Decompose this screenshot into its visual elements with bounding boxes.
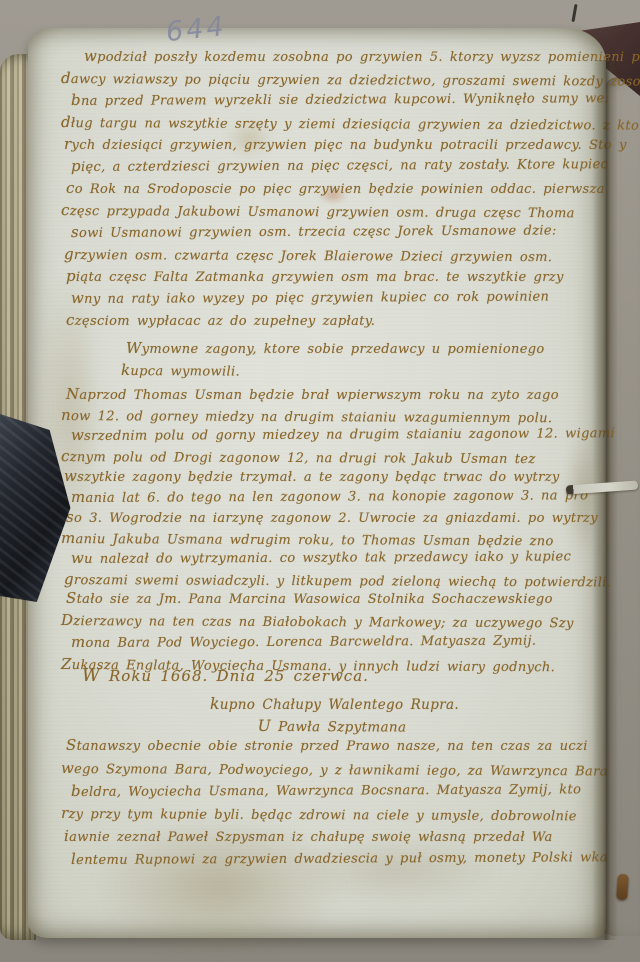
manuscript-line: wu nalezał do wytrzymania. co wszytko ta… (71, 546, 603, 569)
manuscript-line: sowi Usmanowi grzywien osm. trzecia częs… (71, 219, 603, 244)
gutter-crease (592, 60, 618, 940)
manuscript-line: grzywien osm. czwarta częsc Jorek Blaier… (64, 244, 603, 268)
section-date-line: W Roku 1668. Dnia 25 czerwca. (82, 664, 619, 688)
manuscript-line: Stanawszy obecnie obie stronie przed Pra… (66, 735, 603, 758)
section-reserved-strips-terms: Naprzod Thomas Usman będzie brał wpierws… (66, 385, 603, 590)
background-mark (571, 4, 577, 22)
manuscript-line: częsciom wypłacac az do zupełney zapłaty… (66, 310, 603, 332)
pencil-folio-number: 644 (165, 11, 228, 48)
section-sale-heading: kupno Chałupy Walentego Rupra.U Pawła Sz… (66, 694, 640, 736)
manuscript-line: cznym polu od Drogi zagonow 12, na drugi… (61, 447, 603, 470)
manuscript-line: kupca wymowili. (121, 360, 640, 384)
debris-fragment (616, 874, 629, 901)
manuscript-line: pięc, a czterdziesci grzywien na pięc cz… (71, 153, 603, 178)
manuscript-line: lentemu Rupnowi za grzywien dwadziescia … (71, 846, 603, 872)
manuscript-line: beldra, Woyciecha Usmana, Wawrzynca Bocs… (71, 778, 603, 804)
manuscript-line: iawnie zeznał Paweł Szpysman iz chałupę … (64, 826, 603, 849)
manuscript-line: bna przed Prawem wyrzekli sie dziedzictw… (71, 87, 603, 112)
manuscript-line: wny na raty iako wyzey po pięc grzywien … (71, 285, 603, 310)
manuscript-line: mona Bara Pod Woyciego. Lorenca Barcweld… (71, 629, 603, 654)
manuscript-line: Naprzod Thomas Usman będzie brał wpierws… (66, 385, 603, 406)
section-reserved-strips-heading: Wymowne zagony, ktore sobie przedawcy u … (126, 338, 640, 382)
section-sale-record: Stanawszy obecnie obie stronie przed Pra… (66, 735, 603, 872)
manuscript-line: wpodział poszły kozdemu zosobna po grzyw… (84, 46, 603, 68)
manuscript-line: wsrzednim polu od gorny miedzey na drugi… (71, 423, 603, 446)
manuscript-line: kupno Chałupy Walentego Rupra. (66, 694, 603, 715)
manuscript-line: Wymowne zagony, ktore sobie przedawcy u … (126, 338, 640, 360)
manuscript-line: Stało sie za Jm. Pana Marcina Wasowica S… (66, 588, 603, 610)
manuscript-line: so 3. Wogrodzie na iarzynę zagonow 2. Uw… (66, 508, 603, 529)
manuscript-line: dług targu na wszytkie srzęty y ziemi dz… (61, 112, 603, 136)
manuscript-line: co Rok na Srodoposcie po pięc grzywien b… (66, 178, 603, 200)
section-payment-division: wpodział poszły kozdemu zosobna po grzyw… (66, 46, 603, 332)
manuscript-line: W Roku 1668. Dnia 25 czerwca. (82, 664, 619, 688)
manuscript-line: wszytkie zagony będzie trzymał. a te zag… (64, 467, 603, 488)
manuscript-line: mania lat 6. do tego na len zagonow 3. n… (71, 485, 603, 508)
manuscript-line: rzy przy tym kupnie byli. będąc zdrowi n… (61, 803, 603, 828)
section-witnesses: Stało sie za Jm. Pana Marcina Wasowica S… (66, 588, 603, 676)
